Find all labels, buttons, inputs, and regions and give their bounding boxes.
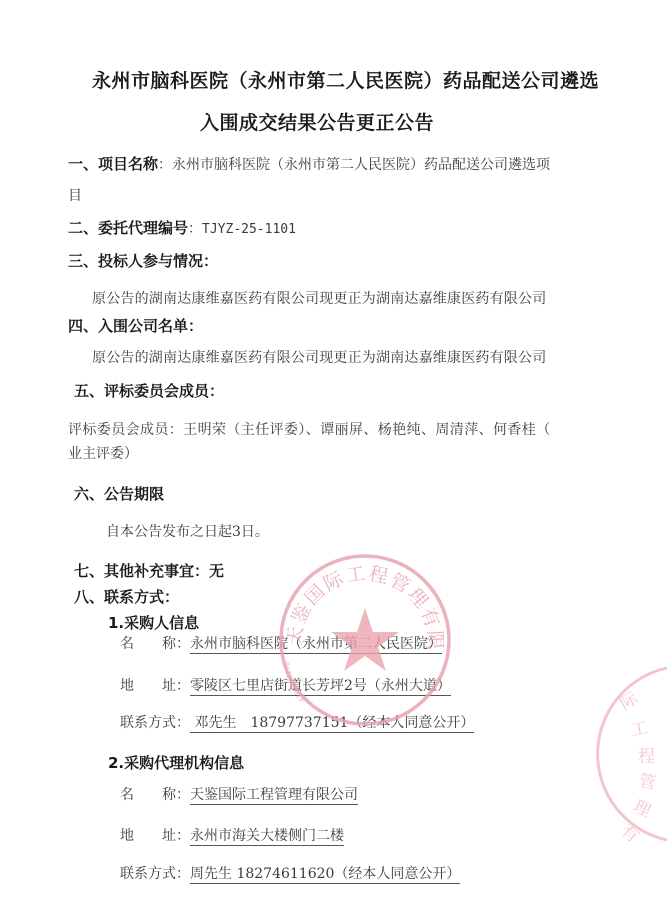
section-committee-body: 评标委员会成员：王明荣（主任评委）、谭丽屏、杨艳纯、周清萍、何香桂（ [68, 419, 551, 439]
agency-code-value: TJYZ-25-1101 [202, 222, 296, 237]
agency-address-value: 永州市海关大楼侧门二楼 [190, 828, 344, 846]
svg-text:有: 有 [617, 821, 643, 845]
section-shortlist-label: 四、入围公司名单： [68, 315, 203, 336]
field-label: 地 址： [120, 678, 190, 694]
section-bidders-label: 三、投标人参与情况： [68, 250, 218, 271]
svg-text:理: 理 [630, 796, 654, 821]
purchaser-info-heading: 1.采购人信息 [108, 612, 199, 633]
agency-name-row: 名 称：天鉴国际工程管理有限公司 [120, 784, 358, 804]
field-label: 地 址： [120, 828, 190, 844]
document-title-line2: 入围成交结果公告更正公告 [200, 108, 434, 135]
section-label: 二、委托代理编号 [68, 219, 188, 237]
purchaser-contact-value: 邓先生 18797737151（经本人同意公开） [190, 715, 474, 733]
section-project-name: 一、项目名称：永州市脑科医院（永州市第二人民医院）药品配送公司遴选项 [68, 153, 550, 174]
section-committee-label: 五、评标委员会成员： [74, 380, 224, 401]
svg-text:程: 程 [638, 747, 655, 767]
svg-text:工: 工 [629, 718, 649, 741]
section-agency-code: 二、委托代理编号：TJYZ-25-1101 [68, 217, 296, 238]
section-contact-label: 八、联系方式： [74, 586, 179, 607]
svg-text:际: 际 [617, 688, 643, 714]
field-label: 联系方式： [120, 715, 190, 731]
section-period-body: 自本公告发布之日起3日。 [106, 521, 269, 541]
section-bidders-body: 原公告的湖南达康维嘉医药有限公司现更正为湖南达嘉维康医药有限公司 [92, 288, 546, 308]
project-name-value: 永州市脑科医院（永州市第二人民医院）药品配送公司遴选项 [172, 157, 550, 173]
section-committee-body-cont: 业主评委） [68, 443, 138, 463]
field-label: 名 称： [120, 787, 190, 803]
agency-info-heading: 2.采购代理机构信息 [108, 752, 244, 773]
section-shortlist-body: 原公告的湖南达康维嘉医药有限公司现更正为湖南达嘉维康医药有限公司 [92, 347, 546, 367]
purchaser-contact-row: 联系方式： 邓先生 18797737151（经本人同意公开） [120, 712, 474, 732]
purchaser-address-value: 零陵区七里店街道长芳坪2号（永州大道） [190, 678, 451, 696]
purchaser-name-value: 永州市脑科医院（永州市第二人民医院） [190, 636, 442, 654]
field-label: 联系方式： [120, 866, 190, 882]
section-other-label: 七、其他补充事宜：无 [74, 560, 224, 581]
section-period-label: 六、公告期限 [74, 483, 164, 504]
project-name-value-cont: 目 [68, 185, 82, 205]
field-label: 名 称： [120, 636, 190, 652]
purchaser-name-row: 名 称：永州市脑科医院（永州市第二人民医院） [120, 633, 442, 653]
svg-text:管: 管 [637, 771, 657, 794]
document-title-line1: 永州市脑科医院（永州市第二人民医院）药品配送公司遴选 [92, 66, 599, 93]
agency-address-row: 地 址：永州市海关大楼侧门二楼 [120, 825, 344, 845]
agency-contact-value: 周先生 18274611620（经本人同意公开） [190, 866, 460, 884]
purchaser-address-row: 地 址：零陵区七里店街道长芳坪2号（永州大道） [120, 675, 451, 695]
agency-contact-row: 联系方式：周先生 18274611620（经本人同意公开） [120, 863, 460, 883]
agency-name-value: 天鉴国际工程管理有限公司 [190, 787, 358, 805]
section-label: 一、项目名称 [68, 155, 158, 173]
paging-seal-icon: 际 工 程 管 理 有 [592, 660, 667, 845]
